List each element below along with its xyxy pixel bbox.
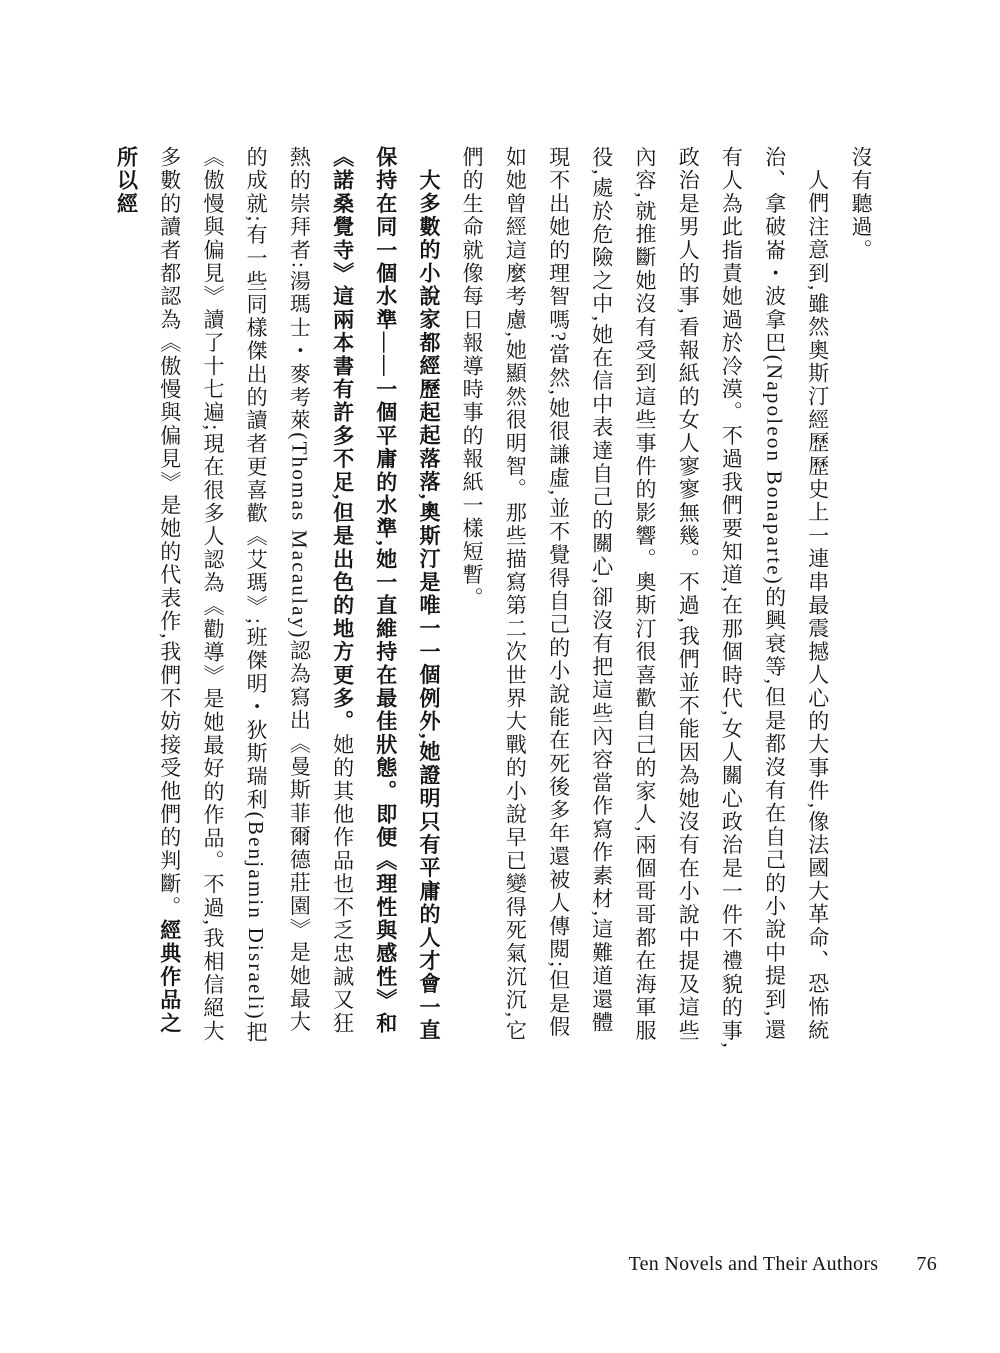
page-footer: Ten Novels and Their Authors 76	[628, 1253, 937, 1276]
text-run: 她的其他作品也不乏忠誠又狂熱的崇拜者:湯瑪士・麥考萊(Thomas Macaul…	[158, 146, 355, 1044]
running-head: Ten Novels and Their Authors	[628, 1253, 878, 1276]
paragraph-1: 沒有聽過。	[839, 146, 882, 1056]
text-run: 沒有聽過。	[849, 146, 873, 262]
page-number: 76	[916, 1253, 937, 1276]
book-page: 沒有聽過。人們注意到,雖然奧斯汀經歷歷史上一連串最震撼人心的大事件,像法國大革命…	[0, 0, 1000, 1353]
text-run: 人們注意到,雖然奧斯汀經歷歷史上一連串最震撼人心的大事件,像法國大革命、恐怖統治…	[460, 146, 830, 1050]
text-block: 沒有聽過。人們注意到,雖然奧斯汀經歷歷史上一連串最震撼人心的大事件,像法國大革命…	[148, 146, 882, 1056]
paragraph-3: 大多數的小說家都經歷起起落落,奧斯汀是唯一一個例外,她證明只有平庸的人才會一直保…	[104, 146, 450, 1056]
paragraph-2: 人們注意到,雖然奧斯汀經歷歷史上一連串最震撼人心的大事件,像法國大革命、恐怖統治…	[450, 146, 839, 1056]
